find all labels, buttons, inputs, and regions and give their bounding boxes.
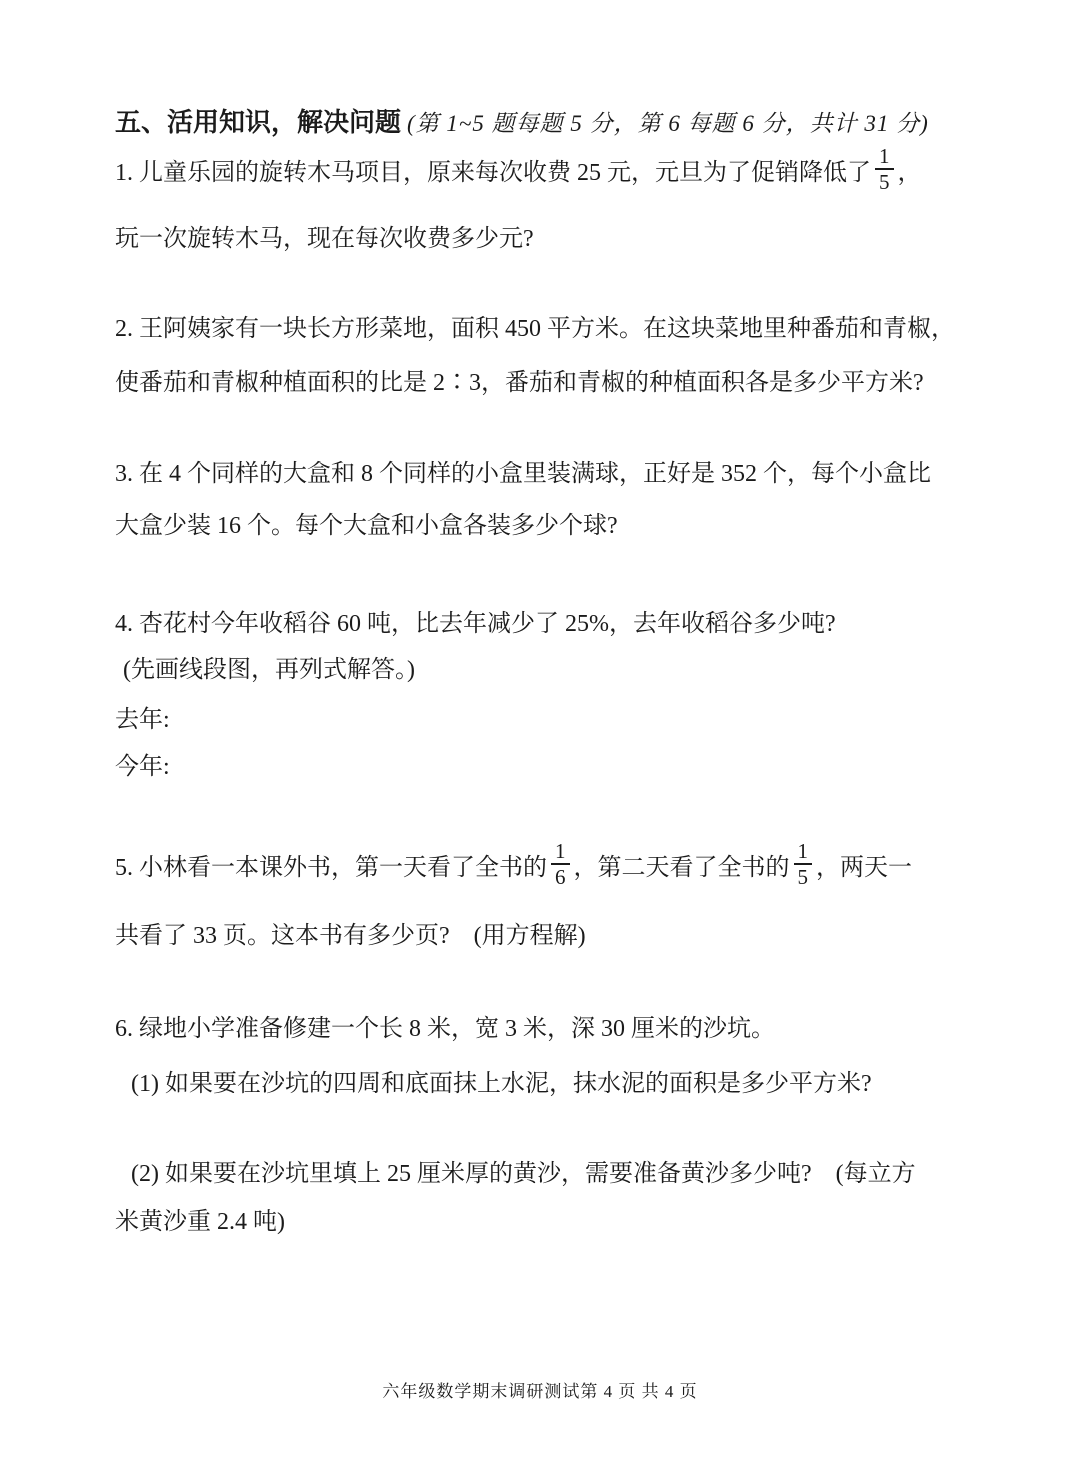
question-1-text: 1. 儿童乐园的旋转木马项目，原来每次收费 25 元，元旦为了促销降低了	[115, 152, 871, 187]
fraction-denominator: 6	[555, 865, 566, 888]
section-header: 五、活用知识，解决问题 (第 1~5 题每题 5 分，第 6 每题 6 分，共计…	[115, 102, 929, 139]
question-6-part-2-line-2: 米黄沙重 2.4 吨)	[115, 1201, 285, 1236]
question-3-line-1: 3. 在 4 个同样的大盒和 8 个同样的小盒里装满球，正好是 352 个，每个…	[115, 453, 931, 488]
question-5-text-3: ，两天一	[816, 847, 912, 882]
question-4-this-year-label: 今年:	[115, 746, 170, 781]
fraction-denominator: 5	[879, 170, 890, 193]
question-2-line-1: 2. 王阿姨家有一块长方形菜地，面积 450 平方米。在这块菜地里种番茄和青椒，	[115, 308, 955, 343]
page-footer: 六年级数学期末调研测试第 4 页 共 4 页	[0, 1377, 1080, 1402]
question-3-line-2: 大盒少装 16 个。每个大盒和小盒各装多少个球?	[115, 505, 618, 540]
question-1-line-1: 1. 儿童乐园的旋转木马项目，原来每次收费 25 元，元旦为了促销降低了 1 5…	[115, 145, 922, 193]
question-6-part-1: (1) 如果要在沙坑的四周和底面抹上水泥，抹水泥的面积是多少平方米?	[131, 1063, 872, 1098]
fraction-numerator: 1	[551, 840, 570, 865]
question-4-last-year-label: 去年:	[115, 699, 170, 734]
fraction-one-fifth: 1 5	[875, 145, 894, 193]
question-1-text-after-fraction: ，	[898, 152, 922, 187]
fraction-numerator: 1	[794, 840, 813, 865]
section-title: 五、活用知识，解决问题	[115, 108, 401, 137]
question-4-line-1: 4. 杏花村今年收稻谷 60 吨，比去年减少了 25%，去年收稻谷多少吨?	[115, 603, 836, 638]
question-5-line-2: 共看了 33 页。这本书有多少页? (用方程解)	[115, 915, 586, 950]
question-5-text-2: ，第二天看了全书的	[574, 847, 790, 882]
question-4-instruction: (先画线段图，再列式解答。)	[123, 649, 415, 684]
section-score-note: (第 1~5 题每题 5 分，第 6 每题 6 分，共计 31 分)	[407, 111, 929, 136]
fraction-one-fifth: 1 5	[794, 840, 813, 888]
question-5-line-1: 5. 小林看一本课外书，第一天看了全书的 1 6 ，第二天看了全书的 1 5 ，…	[115, 840, 912, 888]
question-6-line-1: 6. 绿地小学准备修建一个长 8 米，宽 3 米，深 30 厘米的沙坑。	[115, 1008, 775, 1043]
question-6-part-2-line-1: (2) 如果要在沙坑里填上 25 厘米厚的黄沙，需要准备黄沙多少吨? (每立方	[131, 1153, 916, 1188]
question-5-text-1: 5. 小林看一本课外书，第一天看了全书的	[115, 847, 547, 882]
question-2-line-2: 使番茄和青椒种植面积的比是 2∶3，番茄和青椒的种植面积各是多少平方米?	[115, 362, 924, 397]
question-1-line-2: 玩一次旋转木马，现在每次收费多少元?	[115, 218, 534, 253]
fraction-numerator: 1	[875, 145, 894, 170]
fraction-denominator: 5	[798, 865, 809, 888]
fraction-one-sixth: 1 6	[551, 840, 570, 888]
exam-page: 五、活用知识，解决问题 (第 1~5 题每题 5 分，第 6 每题 6 分，共计…	[0, 0, 1080, 1481]
